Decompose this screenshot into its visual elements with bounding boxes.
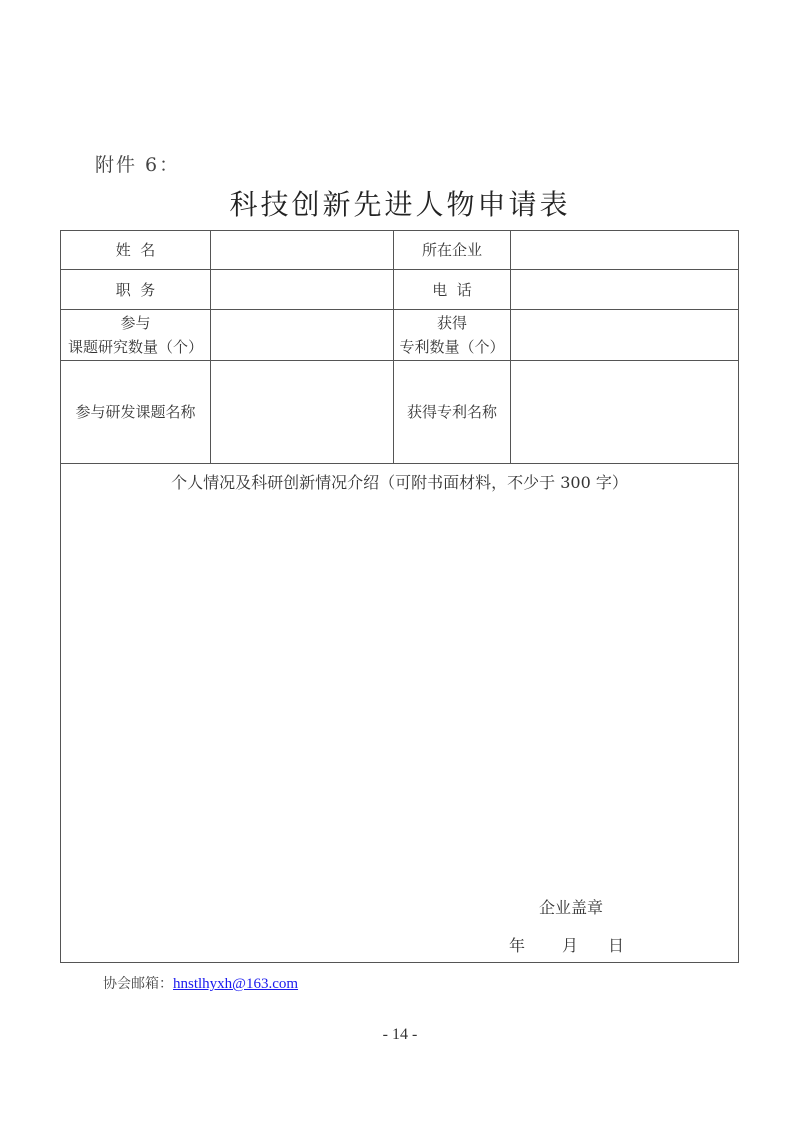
date-month-label: 月 — [562, 933, 578, 956]
position-label-text: 职 务 — [116, 278, 156, 302]
date-line: 年月日 — [509, 933, 624, 956]
attachment-label: 附件 6： — [95, 150, 180, 177]
patent-names-label-text: 获得专利名称 — [407, 400, 497, 424]
phone-label: 电 话 — [394, 270, 510, 309]
project-names-label: 参与研发课题名称 — [61, 361, 210, 463]
project-names-field[interactable] — [211, 361, 393, 463]
name-field[interactable] — [211, 231, 393, 269]
date-day-label: 日 — [608, 933, 624, 956]
patent-count-field[interactable] — [511, 310, 739, 360]
company-seal-label: 企业盖章 — [539, 895, 603, 918]
company-label: 所在企业 — [394, 231, 510, 269]
date-year-label: 年 — [509, 933, 525, 956]
patent-names-field[interactable] — [511, 361, 739, 463]
patent-count-label: 获得 专利数量（个） — [394, 310, 510, 360]
patent-count-label-line1: 获得 — [437, 311, 467, 335]
row-divider — [61, 463, 738, 464]
page-number: - 14 - — [0, 1026, 800, 1044]
project-names-label-text: 参与研发课题名称 — [75, 400, 195, 424]
name-label-text: 姓 名 — [116, 238, 156, 262]
position-label: 职 务 — [61, 270, 210, 309]
form-title: 科技创新先进人物申请表 — [0, 183, 800, 223]
company-label-text: 所在企业 — [422, 238, 482, 262]
association-email: 协会邮箱：hnstlhyxh@163.com — [103, 973, 298, 993]
project-count-label: 参与 课题研究数量（个） — [61, 310, 210, 360]
project-count-field[interactable] — [211, 310, 393, 360]
patent-names-label: 获得专利名称 — [394, 361, 510, 463]
patent-count-label-line2: 专利数量（个） — [399, 335, 504, 359]
intro-section-title: 个人情况及科研创新情况介绍（可附书面材料，不少于 300 字） — [61, 470, 738, 493]
company-field[interactable] — [511, 231, 739, 269]
email-link[interactable]: hnstlhyxh@163.com — [173, 976, 298, 992]
phone-label-text: 电 话 — [432, 278, 472, 302]
name-label: 姓 名 — [61, 231, 210, 269]
intro-text-area[interactable] — [61, 493, 739, 883]
phone-field[interactable] — [511, 270, 739, 309]
project-count-label-line2: 课题研究数量（个） — [68, 335, 203, 359]
email-label: 协会邮箱： — [103, 976, 173, 992]
position-field[interactable] — [211, 270, 393, 309]
application-form-table: 姓 名 所在企业 职 务 电 话 参与 课题研究数量（个） 获得 专利数量（个）… — [60, 230, 739, 963]
form-title-text: 科技创新先进人物申请表 — [229, 183, 570, 223]
project-count-label-line1: 参与 — [120, 311, 150, 335]
